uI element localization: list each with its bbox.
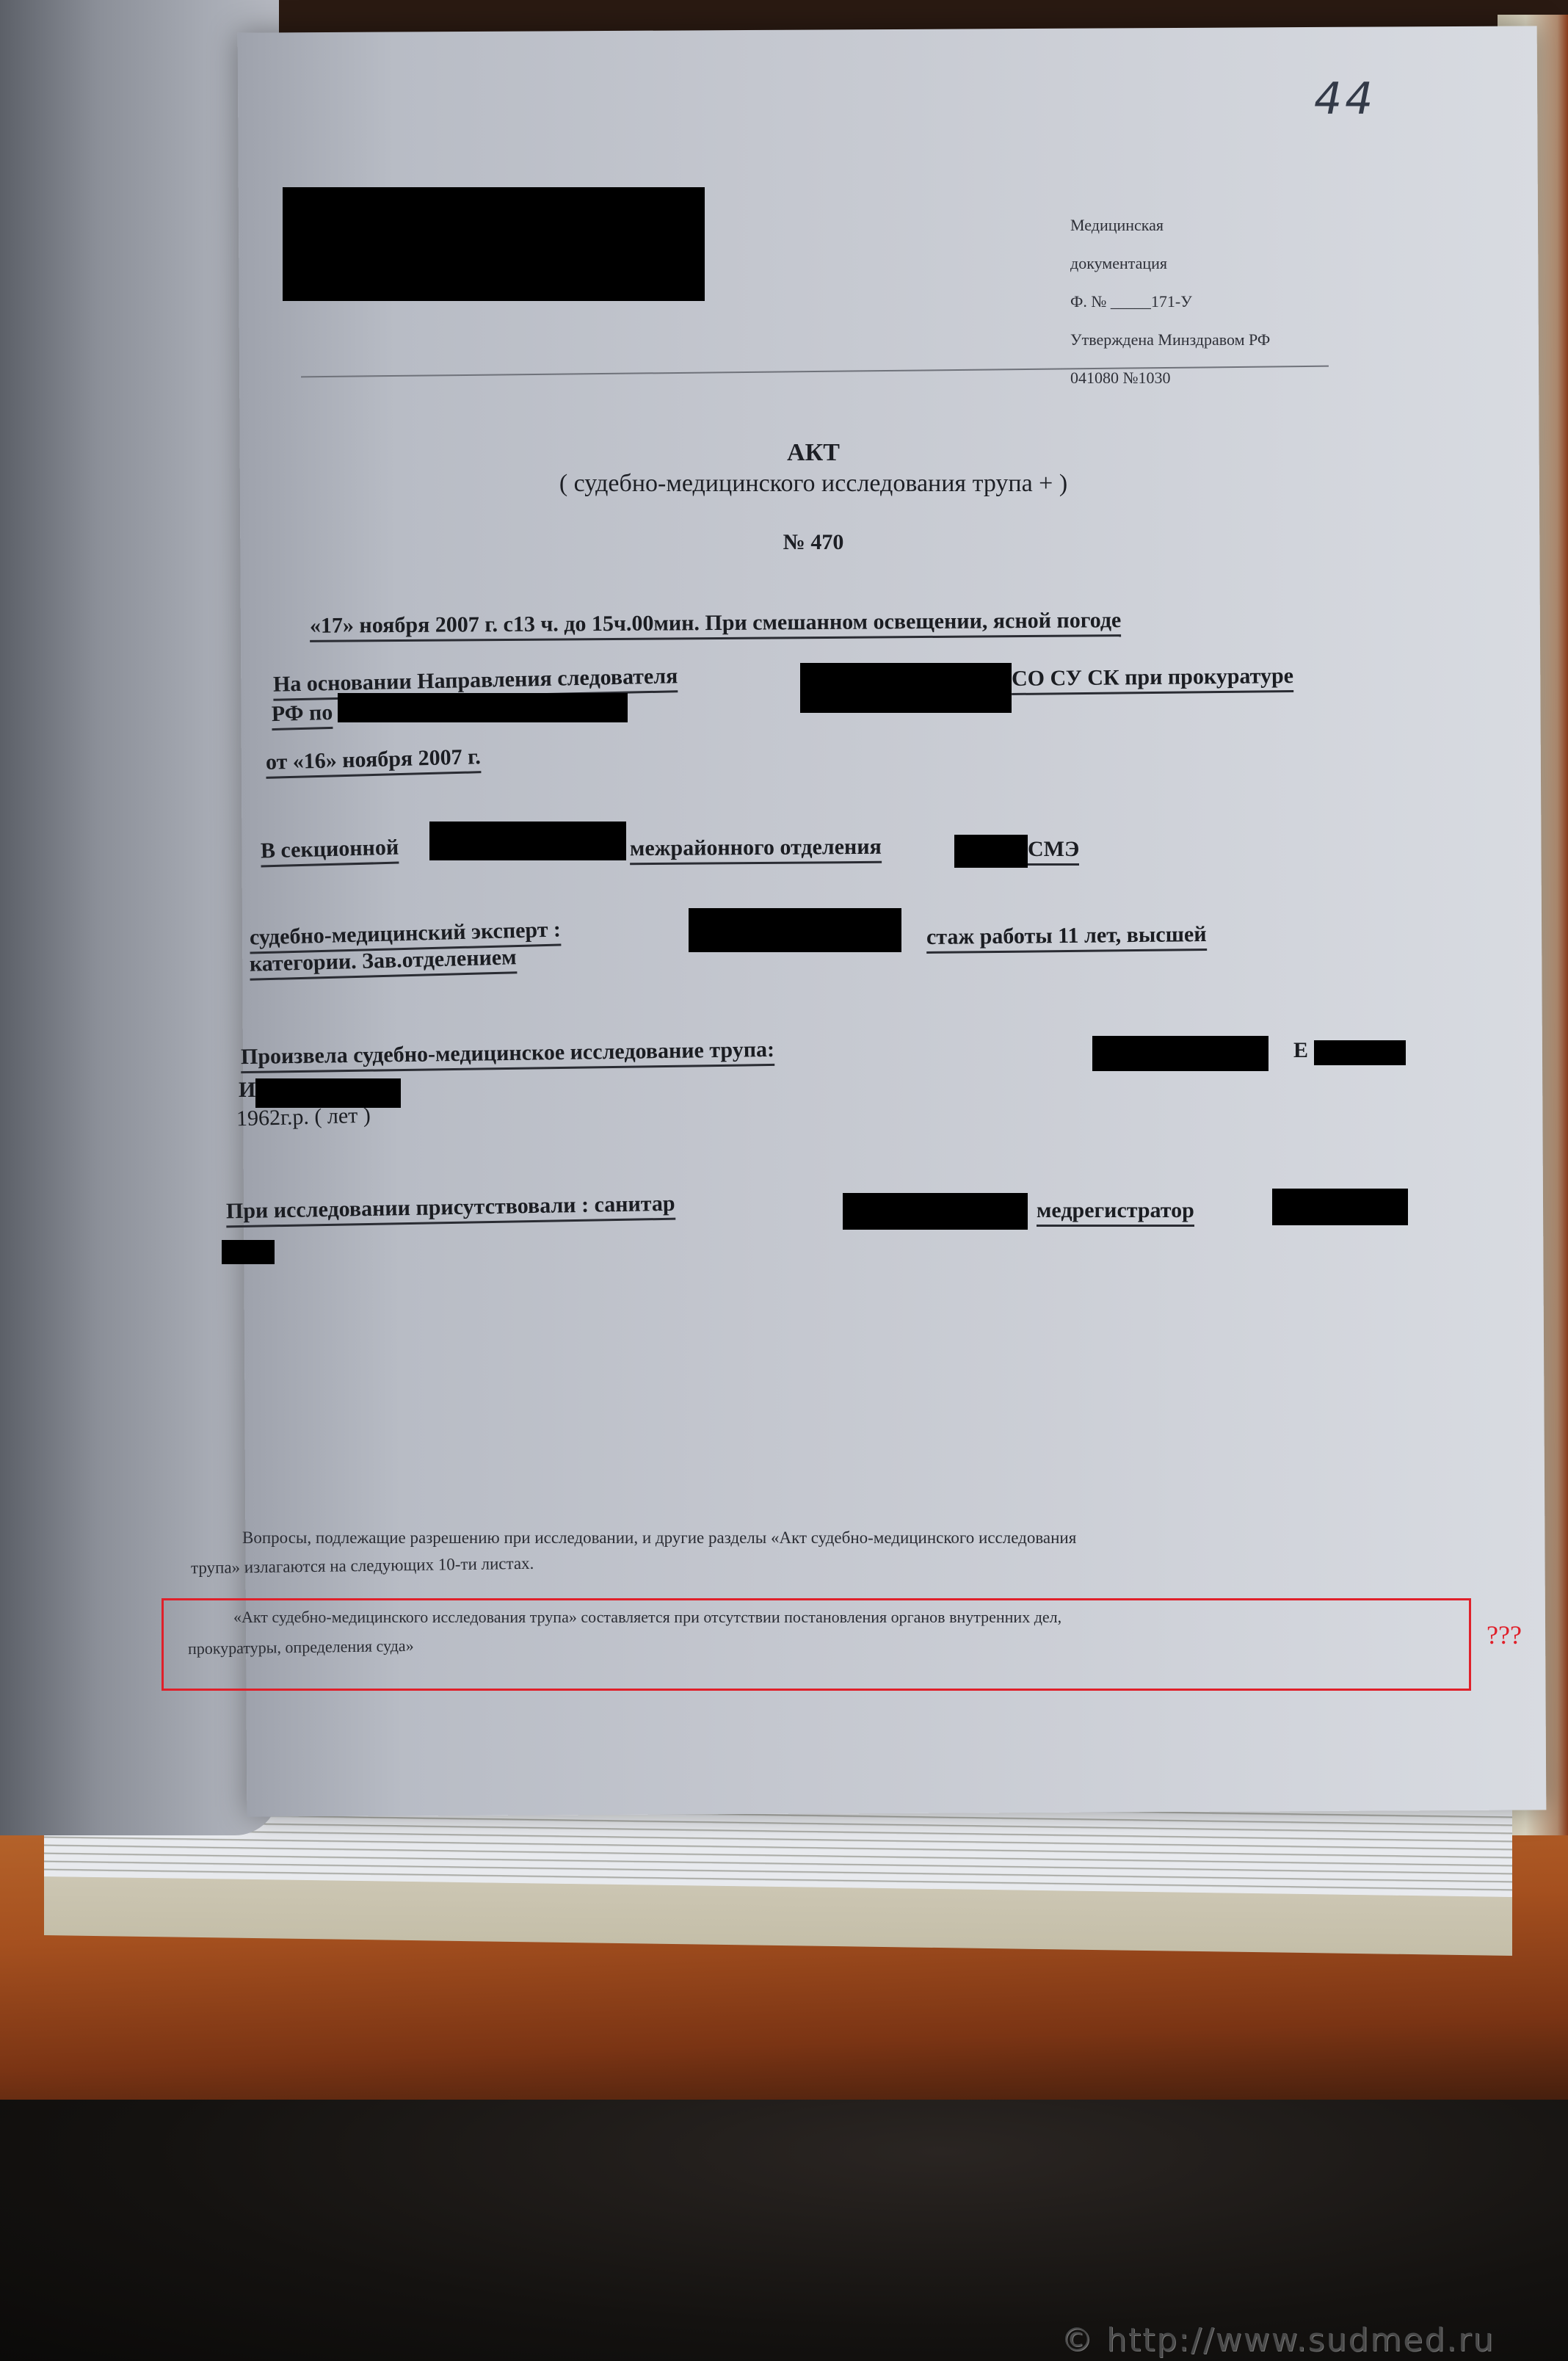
redaction-block xyxy=(338,693,628,722)
handwritten-page-number: 44 xyxy=(1314,73,1376,125)
form-metadata: Медицинская документация Ф. № _____171-У… xyxy=(1070,197,1270,407)
note-line-2: прокуратуры, определения суда» xyxy=(188,1636,414,1658)
document-number: № 470 xyxy=(29,530,1568,555)
redaction-block xyxy=(283,187,705,301)
questions-line-1: Вопросы, подлежащие разрешению при иссле… xyxy=(242,1528,1076,1548)
document-title: АКТ xyxy=(29,439,1568,467)
redaction-block xyxy=(843,1193,1028,1230)
section-line-mid: межрайонного отделения xyxy=(630,835,882,865)
redaction-block xyxy=(222,1240,275,1264)
basis-line-end: СО СУ СК при прокуратуре xyxy=(1012,664,1293,695)
basis-rf: РФ по xyxy=(272,700,333,730)
expert-line-end: стаж работы 11 лет, высшей xyxy=(926,922,1207,954)
redaction-block xyxy=(429,822,626,860)
birth-year: 1962г.р. ( лет ) xyxy=(236,1103,371,1134)
note-line-1: «Акт судебно-медицинского исследования т… xyxy=(233,1608,1061,1627)
redaction-block xyxy=(255,1078,401,1108)
present-line-mid: медрегистратор xyxy=(1037,1198,1194,1227)
redaction-block xyxy=(1092,1036,1268,1071)
meta-line: Ф. № _____171-У xyxy=(1070,292,1270,311)
watermark: © http://www.sudmed.ru xyxy=(1061,2321,1495,2359)
section-line-start: В секционной xyxy=(261,835,399,868)
initial-e: Е xyxy=(1293,1038,1308,1065)
redaction-block xyxy=(1314,1040,1406,1065)
meta-line: Утверждена Минздравом РФ xyxy=(1070,330,1270,349)
meta-line: 041080 №1030 xyxy=(1070,369,1270,388)
meta-line: документация xyxy=(1070,254,1270,273)
redaction-block xyxy=(954,835,1028,868)
redaction-block xyxy=(800,663,1012,713)
document-subtitle: ( судебно-медицинского исследования труп… xyxy=(29,470,1568,498)
section-line-end: СМЭ xyxy=(1028,837,1079,866)
redaction-block xyxy=(689,908,901,952)
date-time-line: «17» ноября 2007 г. с13 ч. до 15ч.00мин.… xyxy=(310,608,1122,642)
question-marks-annotation: ??? xyxy=(1487,1620,1522,1650)
meta-line: Медицинская xyxy=(1070,216,1270,235)
basis-date: от «16» ноября 2007 г. xyxy=(266,744,482,779)
redaction-block xyxy=(1272,1189,1408,1225)
initial-i: И xyxy=(239,1078,255,1104)
